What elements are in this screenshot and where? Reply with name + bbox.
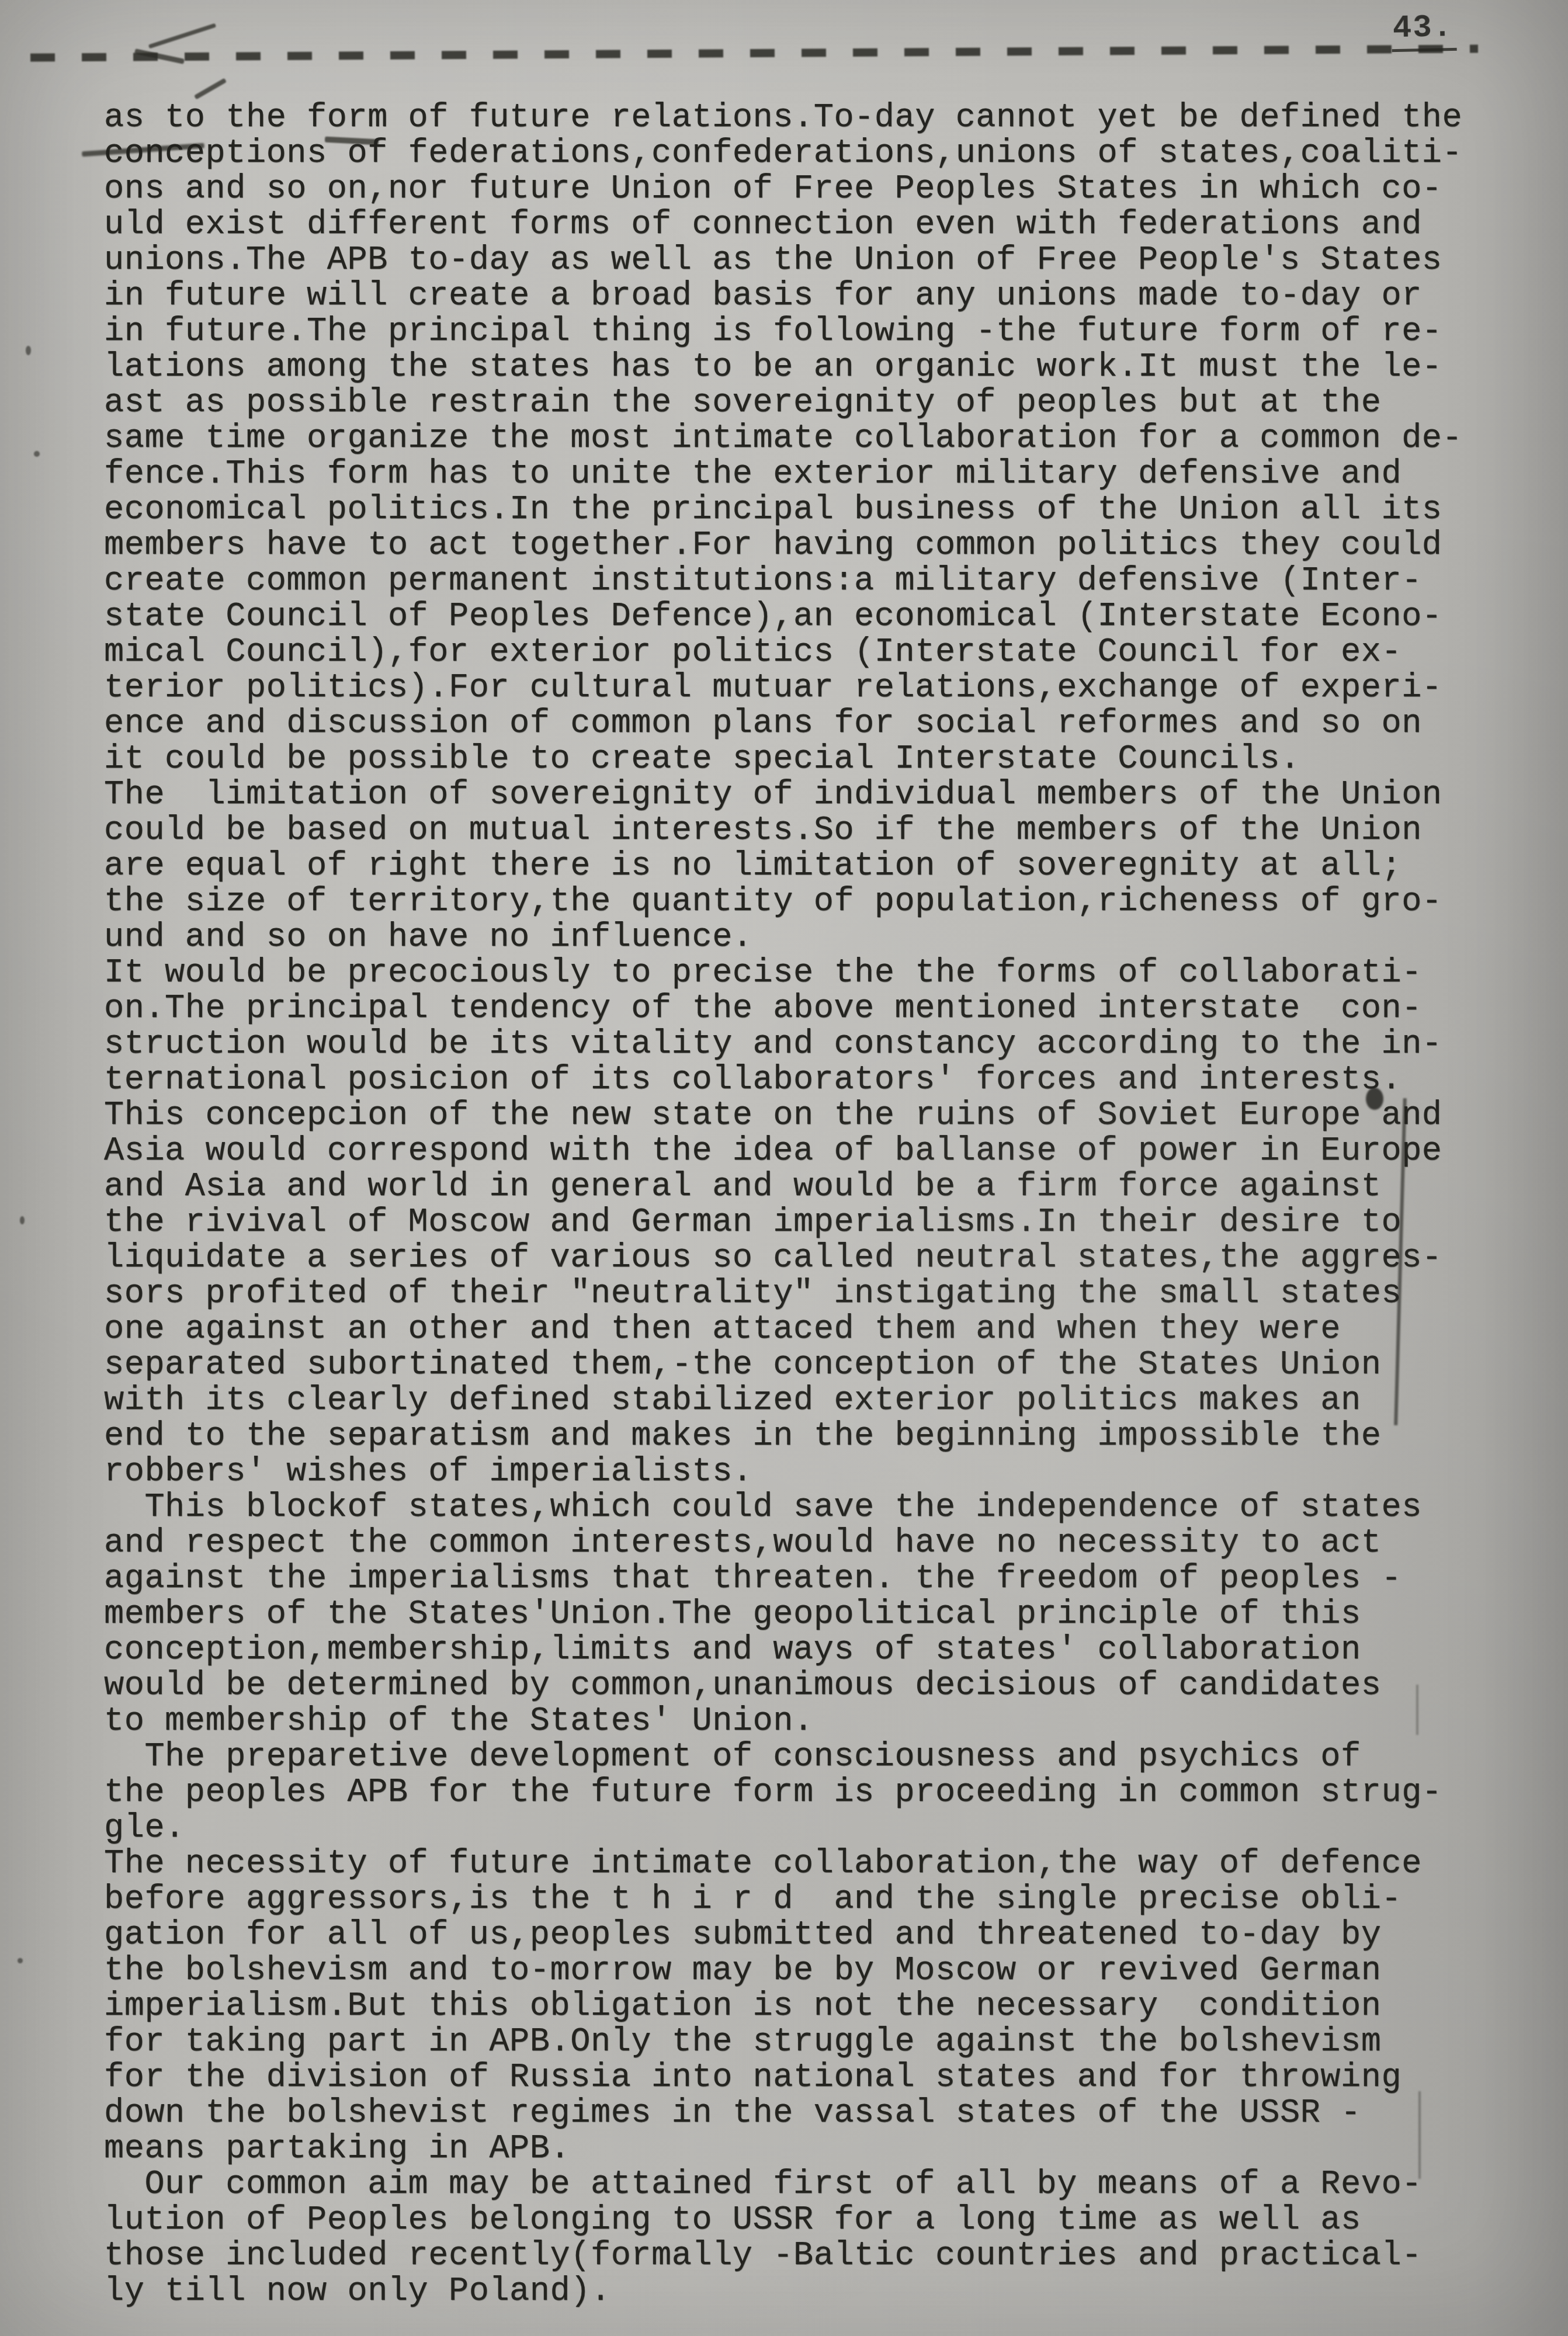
text-line: could be based on mutual interests.So if… <box>104 813 1518 849</box>
ink-smudge <box>148 23 216 49</box>
text-line: ence and discussion of common plans for … <box>104 706 1518 742</box>
text-line: the size of territory,the quantity of po… <box>104 884 1518 920</box>
text-line: ons and so on,nor future Union of Free P… <box>104 172 1518 207</box>
text-line: robbers' wishes of imperialists. <box>104 1455 1518 1490</box>
text-line: in future will create a broad basis for … <box>104 279 1518 314</box>
text-line: und and so on have no influence. <box>104 920 1518 956</box>
text-line: the peoples APB for the future form is p… <box>104 1775 1518 1811</box>
dashed-separator-line <box>30 44 1478 61</box>
text-line: Asia would correspond with the idea of b… <box>104 1134 1518 1169</box>
ink-smudge <box>194 78 227 100</box>
paper-speck <box>34 451 40 457</box>
text-line: This concepcion of the new state on the … <box>104 1098 1518 1134</box>
text-line: for the division of Russia into national… <box>104 2060 1518 2096</box>
document-lines: as to the form of future relations.To-da… <box>104 100 1518 2310</box>
text-line: fence.This form has to unite the exterio… <box>104 457 1518 492</box>
ink-blot <box>1366 1088 1383 1110</box>
text-line: the bolshevism and to-morrow may be by M… <box>104 1953 1518 1989</box>
text-line: those included recently(formally -Baltic… <box>104 2238 1518 2274</box>
text-line: gation for all of us,peoples submitted a… <box>104 1918 1518 1953</box>
text-line: same time organize the most intimate col… <box>104 421 1518 457</box>
text-line: end to the separatism and makes in the b… <box>104 1419 1518 1455</box>
text-line: mical Council),for exterior politics (In… <box>104 635 1518 671</box>
text-line: Our common aim may be attained first of … <box>104 2167 1518 2203</box>
text-line: ly till now only Poland). <box>104 2274 1518 2310</box>
text-line: one against an other and then attaced th… <box>104 1312 1518 1348</box>
text-line: create common permanent institutions:a m… <box>104 564 1518 599</box>
ink-streak <box>1416 1685 1418 1735</box>
text-line: means partaking in APB. <box>104 2132 1518 2167</box>
text-line: This blockof states,which could save the… <box>104 1490 1518 1526</box>
text-line: The necessity of future intimate collabo… <box>104 1846 1518 1882</box>
text-line: state Council of Peoples Defence),an eco… <box>104 599 1518 635</box>
text-line: struction would be its vitality and cons… <box>104 1027 1518 1063</box>
paper-speck <box>26 346 31 355</box>
text-line: uld exist different forms of connection … <box>104 207 1518 243</box>
text-line: before aggressors,is the t h i r d and t… <box>104 1882 1518 1918</box>
text-line: ternational posicion of its collaborator… <box>104 1063 1518 1098</box>
text-line: in future.The principal thing is followi… <box>104 314 1518 350</box>
text-line: would be determined by common,unanimous … <box>104 1668 1518 1704</box>
text-line: down the bolshevist regimes in the vassa… <box>104 2096 1518 2132</box>
text-line: members of the States'Union.The geopolit… <box>104 1597 1518 1633</box>
text-line: It would be precociously to precise the … <box>104 956 1518 991</box>
text-line: conceptions of federations,confederation… <box>104 136 1518 172</box>
text-line: with its clearly defined stabilized exte… <box>104 1383 1518 1419</box>
text-line: terior politics).For cultural mutuar rel… <box>104 671 1518 706</box>
text-line: unions.The APB to-day as well as the Uni… <box>104 243 1518 279</box>
document-page: 43. as to the form of future relations.T… <box>0 0 1568 2336</box>
text-line: for taking part in APB.Only the struggle… <box>104 2025 1518 2060</box>
paper-speck <box>18 1958 23 1963</box>
text-line: to membership of the States' Union. <box>104 1704 1518 1740</box>
text-line: The preparetive development of conscious… <box>104 1740 1518 1775</box>
text-line: sors profited of their "neutrality" inst… <box>104 1276 1518 1312</box>
text-line: ast as possible restrain the sovereignit… <box>104 386 1518 421</box>
text-line: The limitation of sovereignity of indivi… <box>104 777 1518 813</box>
text-line: separated subortinated them,-the concept… <box>104 1348 1518 1383</box>
paper-speck <box>20 1216 25 1224</box>
text-line: as to the form of future relations.To-da… <box>104 100 1518 136</box>
ink-streak <box>1418 2091 1421 2179</box>
text-line: it could be possible to create special I… <box>104 742 1518 777</box>
text-line: are equal of right there is no limitatio… <box>104 849 1518 884</box>
text-line: against the imperialisms that threaten. … <box>104 1561 1518 1597</box>
text-line: lution of Peoples belonging to USSR for … <box>104 2203 1518 2238</box>
text-line: economical politics.In the principal bus… <box>104 492 1518 528</box>
text-line: members have to act together.For having … <box>104 528 1518 564</box>
text-line: imperialism.But this obligation is not t… <box>104 1989 1518 2025</box>
text-line: gle. <box>104 1811 1518 1846</box>
text-line: liquidate a series of various so called … <box>104 1241 1518 1276</box>
text-line: on.The principal tendency of the above m… <box>104 991 1518 1027</box>
text-line: conception,membership,limits and ways of… <box>104 1633 1518 1668</box>
text-line: the rivival of Moscow and German imperia… <box>104 1205 1518 1241</box>
text-line: lations among the states has to be an or… <box>104 350 1518 386</box>
text-line: and Asia and world in general and would … <box>104 1169 1518 1205</box>
page-number: 43. <box>1391 10 1457 52</box>
text-line: and respect the common interests,would h… <box>104 1526 1518 1561</box>
